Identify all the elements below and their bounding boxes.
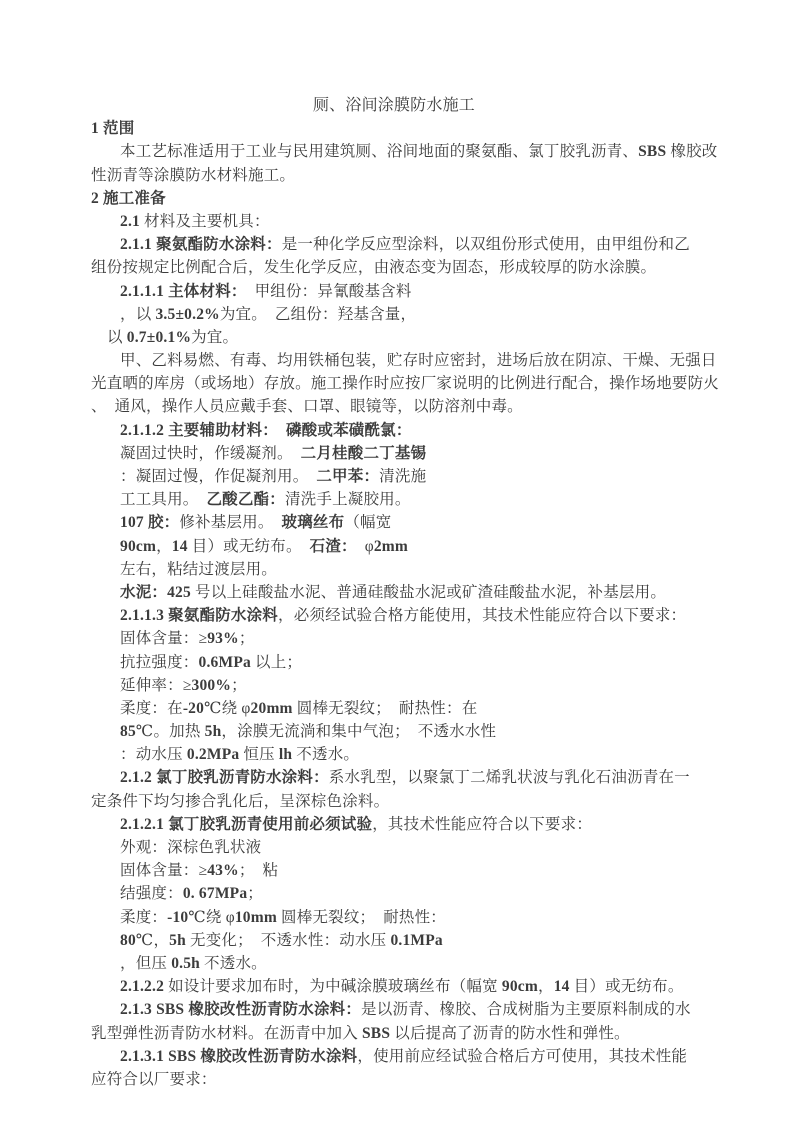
latin-text: 0.6MPa (199, 654, 251, 671)
text-segment: 1 范围 (91, 120, 134, 137)
document-body: 厕、浴间涂膜防水施工1 范围本工艺标准适用于工业与民用建筑厕、浴间地面的聚氨酯、… (91, 94, 697, 1091)
text-line: 左右，粘结过渡层用。 (91, 558, 697, 581)
text-segment: 石渣： (310, 538, 349, 555)
text-segment: 2 施工准备 (91, 190, 166, 207)
text-line: 2.1.2 氯丁胶乳沥青防水涂料：系水乳型，以聚氯丁二烯乳状波与乳化石油沥青在一 (91, 766, 697, 789)
latin-text: 0.7±0.1% (127, 329, 191, 346)
text-segment (270, 422, 286, 439)
latin-text: 80 (120, 932, 136, 949)
text-line: 柔度：在-20℃绕 φ20mm 圆棒无裂纹； 耐热性：在 (91, 697, 697, 720)
latin-text: 14 (172, 538, 188, 555)
latin-text: 2.1.1.2 (120, 422, 164, 439)
text-segment: ，必须经试验合格方能使用，其技术性能应符合以下要求： (278, 607, 686, 624)
text-segment: 2.1.1.2 (120, 422, 168, 439)
text-segment: 橡胶改性沥青防水涂料： (188, 1001, 361, 1018)
text-line: 2.1.1.3 聚氨酯防水涂料，必须经试验合格方能使用，其技术性能应符合以下要求… (91, 604, 697, 627)
text-segment: 、 通风，操作人员应戴手套、口罩、眼镜等，以防溶剂中毒。 (91, 398, 523, 415)
text-segment: 系水乳型，以聚氯丁二烯乳状波与乳化石油沥青在一 (329, 769, 690, 786)
text-segment: 左右，粘结过渡层用。 (120, 561, 277, 578)
text-line: 107 胶：修补基层用。 玻璃丝布（幅宽 (91, 511, 697, 534)
latin-text: 85 (120, 723, 136, 740)
text-line: 本工艺标准适用于工业与民用建筑厕、浴间地面的聚氨酯、氯丁胶乳沥青、SBS 橡胶改 (91, 140, 697, 163)
latin-text: SBS (168, 1048, 196, 1065)
text-segment: 2.1.3 SBS (120, 1001, 188, 1018)
document-page: 厕、浴间涂膜防水施工1 范围本工艺标准适用于工业与民用建筑厕、浴间地面的聚氨酯、… (0, 0, 794, 1123)
text-line: 水泥：425 号以上硅酸盐水泥、普通硅酸盐水泥或矿渣硅酸盐水泥，补基层用。 (91, 581, 697, 604)
text-line: 乳型弹性沥青防水材料。在沥青中加入 SBS 以后提高了沥青的防水性和弹性。 (91, 1022, 697, 1045)
latin-text: 5h (169, 932, 186, 949)
text-segment: 柔度：-10℃绕 φ10mm 圆棒无裂纹； 耐热性： (120, 909, 446, 926)
latin-text: 2.1.3 (120, 1001, 152, 1018)
text-segment: ：动水压 0.2MPa 恒压 lh 不透水。 (120, 746, 359, 763)
text-segment: 二甲苯： (316, 468, 379, 485)
text-segment: 橡胶改性沥青防水涂料 (200, 1048, 357, 1065)
text-line: 以 0.7±0.1%为宜。 (91, 326, 697, 349)
text-segment: 80℃，5h 无变化； 不透水性：动水压 0.1MPa (120, 932, 443, 949)
text-segment: 主体材料： (168, 283, 239, 300)
text-line: 外观：深棕色乳状液 (91, 836, 697, 859)
text-segment: 应符合以厂要求： (91, 1071, 217, 1088)
text-segment: 2.1.2.2 如设计要求加布时，为中碱涂膜玻璃丝布（幅宽 90cm，14 目）… (120, 978, 684, 995)
latin-text: 14 (554, 978, 570, 995)
text-segment: 二月桂酸二丁基锡 (301, 445, 427, 462)
latin-text: 93% (207, 630, 239, 647)
text-segment: ，但压 0.5h 不透水。 (120, 955, 267, 972)
text-segment: 以 0.7±0.1%为宜。 (107, 329, 238, 346)
latin-text: -20 (183, 700, 204, 717)
latin-text: 67MPa (199, 885, 247, 902)
text-line: 固体含量：≥43%； 粘 (91, 859, 697, 882)
text-line: 固体含量：≥93%； (91, 627, 697, 650)
latin-text: 2.1.2.1 (120, 816, 164, 833)
text-line: 2.1.2.2 如设计要求加布时，为中碱涂膜玻璃丝布（幅宽 90cm，14 目）… (91, 975, 697, 998)
text-segment: 85℃。加热 5h，涂膜无流淌和集中气泡； 不透水水性 (120, 723, 496, 740)
text-segment: 是以沥青、橡胶、合成树脂为主要原料制成的水 (361, 1001, 691, 1018)
text-line: 2.1 材料及主要机具： (91, 210, 697, 233)
text-segment: 清洗手上凝胶用。 (285, 491, 411, 508)
text-segment: ，以 3.5±0.2%为宜。 乙组份：羟基含量， (120, 306, 416, 323)
text-segment: 107 (120, 514, 148, 531)
text-segment: 结强度：0. 67MPa； (120, 885, 263, 902)
text-line: 凝固过快时，作缓凝剂。 二月桂酸二丁基锡 (91, 442, 697, 465)
latin-text: 425 (167, 584, 191, 601)
text-line: 2.1.3.1 SBS 橡胶改性沥青防水涂料，使用前应经试验合格后方可使用，其技… (91, 1045, 697, 1068)
text-segment: 清洗施 (379, 468, 426, 485)
latin-text: 0. (183, 885, 195, 902)
text-segment: ：凝固过慢，作促凝剂用。 (120, 468, 316, 485)
text-segment: 氯丁胶乳沥青使用前必须试验 (168, 816, 372, 833)
text-segment: 性沥青等涂膜防水材料施工。 (91, 167, 295, 184)
latin-text: 5h (205, 723, 222, 740)
text-segment: 2.1.3.1 SBS (120, 1048, 200, 1065)
text-segment: ，使用前应经试验合格后方可使用，其技术性能 (357, 1048, 687, 1065)
text-segment: 2.1.1.1 (120, 283, 168, 300)
latin-text: 90cm (502, 978, 538, 995)
text-line: 85℃。加热 5h，涂膜无流淌和集中气泡； 不透水水性 (91, 720, 697, 743)
latin-text: 0.5h (171, 955, 200, 972)
text-segment: 柔度：在-20℃绕 φ20mm 圆棒无裂纹； 耐热性：在 (120, 700, 477, 717)
text-line: 2.1.1 聚氨酯防水涂料：是一种化学反应型涂料，以双组份形式使用，由甲组份和乙 (91, 233, 697, 256)
text-segment: 抗拉强度：0.6MPa 以上； (120, 654, 302, 671)
text-line: ，以 3.5±0.2%为宜。 乙组份：羟基含量， (91, 303, 697, 326)
text-segment: 厕、浴间涂膜防水施工 (313, 97, 475, 114)
text-segment: 2.1.2 (120, 769, 156, 786)
text-segment: 聚氨酯防水涂料 (168, 607, 278, 624)
text-segment: 聚氨酯防水涂料： (156, 236, 282, 253)
latin-text: SBS (638, 143, 666, 160)
latin-text: 300% (192, 677, 232, 694)
latin-text: 2.1.1 (120, 236, 152, 253)
text-segment: 凝固过快时，作缓凝剂。 (120, 445, 301, 462)
latin-text: 2mm (374, 538, 408, 555)
text-line: 2.1.1.1 主体材料： 甲组份：异氰酸基含料 (91, 280, 697, 303)
text-segment: 修补基层用。 (179, 514, 281, 531)
text-segment: 固体含量：≥93%； (120, 630, 255, 647)
text-line: ：动水压 0.2MPa 恒压 lh 不透水。 (91, 743, 697, 766)
text-segment: 甲、乙料易燃、有毒、均用铁桶包装，贮存时应密封，进场后放在阴凉、干燥、无强日 (120, 352, 717, 369)
latin-text: 1 (91, 120, 99, 137)
text-segment: 氯丁胶乳沥青防水涂料： (156, 769, 329, 786)
text-line: 定条件下均匀掺合乳化后，呈深棕色涂料。 (91, 790, 697, 813)
text-segment: ，其技术性能应符合以下要求： (372, 816, 592, 833)
text-line: ，但压 0.5h 不透水。 (91, 952, 697, 975)
text-line: 结强度：0. 67MPa； (91, 882, 697, 905)
text-line: ：凝固过慢，作促凝剂用。 二甲苯：清洗施 (91, 465, 697, 488)
text-line: 应符合以厂要求： (91, 1068, 697, 1091)
text-segment: 2.1.2.1 (120, 816, 168, 833)
text-segment: 定条件下均匀掺合乳化后，呈深棕色涂料。 (91, 793, 389, 810)
latin-text: 3.5±0.2% (155, 306, 219, 323)
text-line: 2.1.1.2 主要辅助材料： 磷酸或苯磺酰氯： (91, 419, 697, 442)
text-line: 甲、乙料易燃、有毒、均用铁桶包装，贮存时应密封，进场后放在阴凉、干燥、无强日 (91, 349, 697, 372)
section-heading: 1 范围 (91, 117, 697, 140)
text-segment: 是一种化学反应型涂料，以双组份形式使用，由甲组份和乙 (282, 236, 690, 253)
document-title: 厕、浴间涂膜防水施工 (91, 94, 697, 117)
latin-text: 90cm (120, 538, 156, 555)
latin-text: 2.1.2 (120, 769, 152, 786)
latin-text: 2.1.1.3 (120, 607, 164, 624)
text-line: 延伸率：≥300%； (91, 674, 697, 697)
text-line: 工工具用。 乙酸乙酯：清洗手上凝胶用。 (91, 488, 697, 511)
latin-text: 0.1MPa (390, 932, 442, 949)
latin-text: SBS (362, 1025, 390, 1042)
text-line: 90cm，14 目）或无纺布。 石渣： φ2mm (91, 535, 697, 558)
text-segment: 2.1 材料及主要机具： (120, 213, 270, 230)
latin-text: 43% (207, 862, 239, 879)
text-segment: 主要辅助材料： (168, 422, 270, 439)
text-segment: 甲组份：异氰酸基含料 (239, 283, 412, 300)
latin-text: 2.1 (120, 213, 140, 230)
latin-text: 107 (120, 514, 144, 531)
latin-text: SBS (156, 1001, 184, 1018)
latin-text: 2 (91, 190, 99, 207)
text-segment: 玻璃丝布 (282, 514, 345, 531)
latin-text: 2.1.1.1 (120, 283, 164, 300)
text-line: 、 通风，操作人员应戴手套、口罩、眼镜等，以防溶剂中毒。 (91, 395, 697, 418)
text-segment: 工工具用。 (120, 491, 206, 508)
latin-text: lh (279, 746, 292, 763)
text-line: 柔度：-10℃绕 φ10mm 圆棒无裂纹； 耐热性： (91, 906, 697, 929)
text-line: 抗拉强度：0.6MPa 以上； (91, 651, 697, 674)
text-segment: 425 号以上硅酸盐水泥、普通硅酸盐水泥或矿渣硅酸盐水泥，补基层用。 (167, 584, 666, 601)
text-segment: 胶： (148, 514, 179, 531)
text-segment: （幅宽 (344, 514, 391, 531)
text-segment: φ2mm (349, 538, 408, 555)
latin-text: 0.2MPa (187, 746, 239, 763)
text-segment: 本工艺标准适用于工业与民用建筑厕、浴间地面的聚氨酯、氯丁胶乳沥青、SBS 橡胶改 (120, 143, 717, 160)
text-line: 组份按规定比例配合后，发生化学反应，由液态变为固态，形成较厚的防水涂膜。 (91, 256, 697, 279)
text-segment: 乙酸乙酯： (206, 491, 285, 508)
text-line: 2.1.2.1 氯丁胶乳沥青使用前必须试验，其技术性能应符合以下要求： (91, 813, 697, 836)
latin-text: 20mm (251, 700, 293, 717)
latin-text: 2.1.2.2 (120, 978, 164, 995)
text-segment: 2.1.1.3 (120, 607, 168, 624)
text-segment: 水泥： (120, 584, 167, 601)
latin-text: 2.1.3.1 (120, 1048, 164, 1065)
text-segment: 固体含量：≥43%； 粘 (120, 862, 278, 879)
text-segment: 磷酸或苯磺酰氯： (286, 422, 412, 439)
text-segment: 90cm，14 目）或无纺布。 (120, 538, 310, 555)
text-line: 2.1.3 SBS 橡胶改性沥青防水涂料：是以沥青、橡胶、合成树脂为主要原料制成… (91, 998, 697, 1021)
text-segment: 乳型弹性沥青防水材料。在沥青中加入 SBS 以后提高了沥青的防水性和弹性。 (91, 1025, 630, 1042)
latin-text: -10 (167, 909, 188, 926)
text-line: 光直晒的库房（或场地）存放。施工操作时应按厂家说明的比例进行配合，操作场地要防火 (91, 372, 697, 395)
text-segment: 组份按规定比例配合后，发生化学反应，由液态变为固态，形成较厚的防水涂膜。 (91, 259, 656, 276)
section-heading: 2 施工准备 (91, 187, 697, 210)
text-segment: 2.1.1 (120, 236, 156, 253)
text-line: 性沥青等涂膜防水材料施工。 (91, 164, 697, 187)
text-line: 80℃，5h 无变化； 不透水性：动水压 0.1MPa (91, 929, 697, 952)
text-segment: 延伸率：≥300%； (120, 677, 247, 694)
text-segment: 外观：深棕色乳状液 (120, 839, 261, 856)
latin-text: 10mm (235, 909, 277, 926)
text-segment: 光直晒的库房（或场地）存放。施工操作时应按厂家说明的比例进行配合，操作场地要防火 (91, 375, 719, 392)
